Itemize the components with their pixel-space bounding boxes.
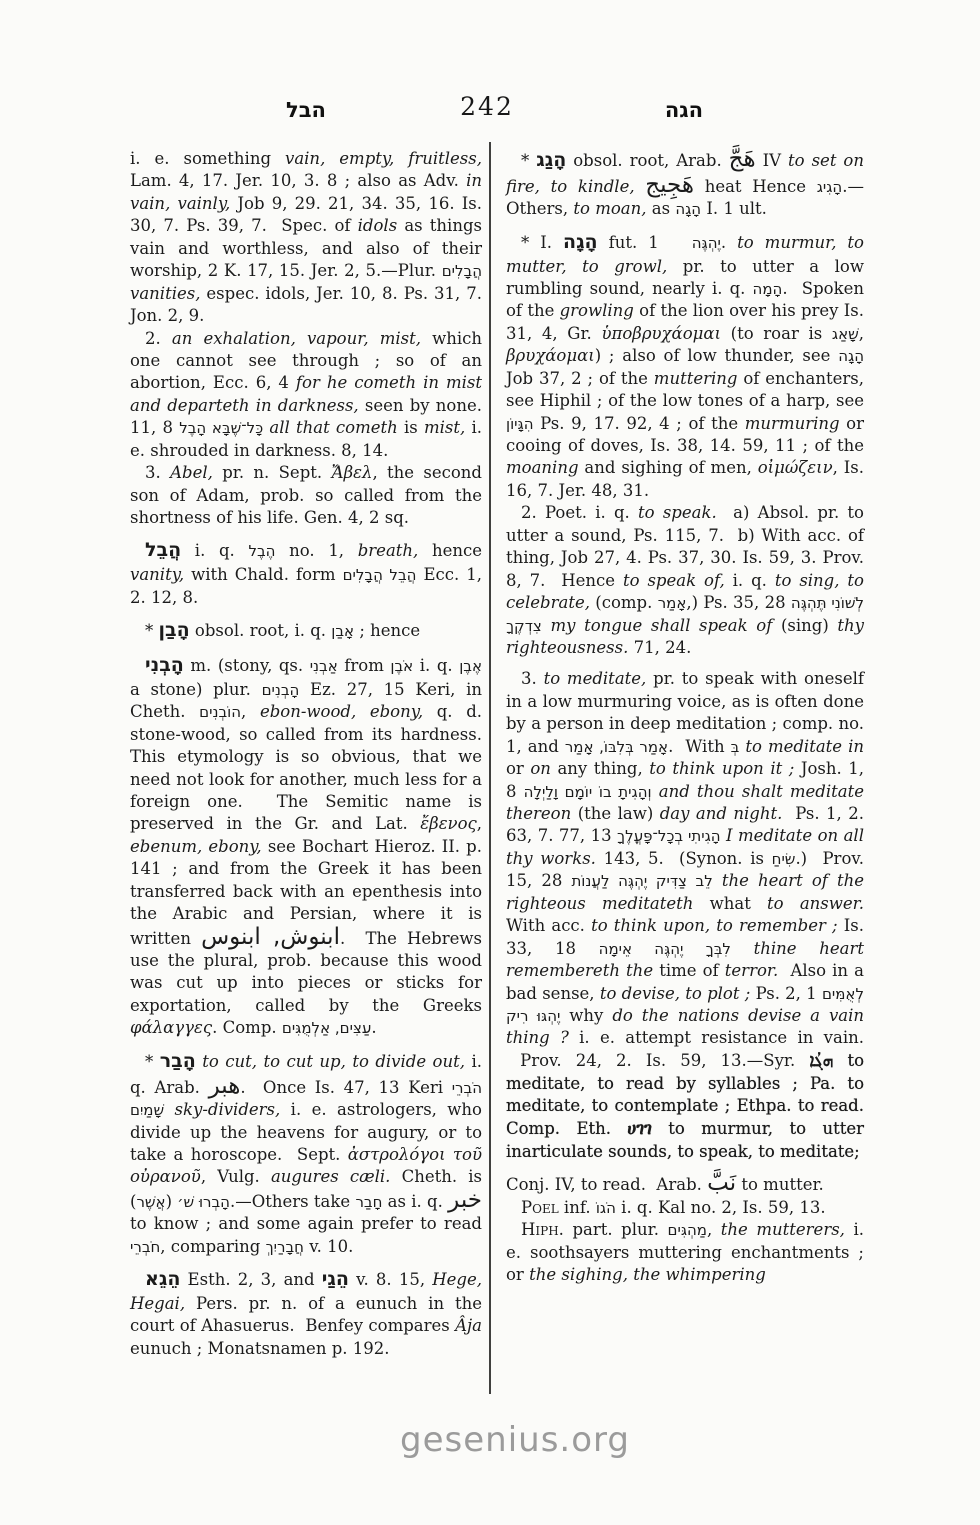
watermark: gesenius.org <box>400 1420 630 1460</box>
column-divider-rule <box>489 142 491 1394</box>
entry-habar-root: * הָבַר to cut, to cut up, to divide out… <box>130 1049 482 1258</box>
paragraph-hagah-hiph: Hiph. part. plur. מַהְגִּים, the muttere… <box>506 1219 864 1286</box>
paragraph-hebel-sense-3-abel: 3. Abel, pr. n. Sept. Ἄβελ, the second s… <box>130 462 482 529</box>
scanned-page: הבל 242 הגה i. e. something vain, empty,… <box>0 0 980 1525</box>
entry-haban-root: * הָבַן obsol. root, i. q. אָבַן ; hence <box>130 618 482 644</box>
paragraph-hagah-sense-3: 3. to meditate, pr. to speak with onesel… <box>506 668 864 1163</box>
paragraph-hagah-poel: Poel inf. הֹגוֹ i. q. Kal no. 2, Is. 59,… <box>506 1197 864 1219</box>
entry-hagah-I: * I. הָגָה fut. יֶהְגֶּה 1. to murmur, t… <box>506 230 864 503</box>
entry-havel: הֲבֵל i. q. הֶבֶל no. 1, breath, hence v… <box>130 538 482 609</box>
right-column: * הָגַג obsol. root, Arab. هَجَّ IV to s… <box>506 148 864 1287</box>
paragraph-hagah-sense-2: 2. Poet. i. q. to speak. a) Absol. pr. t… <box>506 502 864 659</box>
entry-hege-hegai: הֵגֵא Esth. 2, 3, and הֵגַי v. 8. 15, He… <box>130 1267 482 1360</box>
entry-hagag-root: * הָגַג obsol. root, Arab. هَجَّ IV to s… <box>506 148 864 221</box>
header-right-headword: הגה <box>505 94 863 126</box>
left-column: i. e. something vain, empty, fruitless, … <box>130 148 482 1360</box>
paragraph-hebel-continuation: i. e. something vain, empty, fruitless, … <box>130 148 482 328</box>
paragraph-hebel-sense-2: 2. an exhalation, vapour, mist, which on… <box>130 328 482 463</box>
entry-hovni-ebony: הָבְנִי m. (stony, qs. אַבְנִי from אֹבֶ… <box>130 653 482 1040</box>
paragraph-hagah-conj-iv: Conj. IV, to read. Arab. نَبَّ to mutter… <box>506 1172 864 1196</box>
